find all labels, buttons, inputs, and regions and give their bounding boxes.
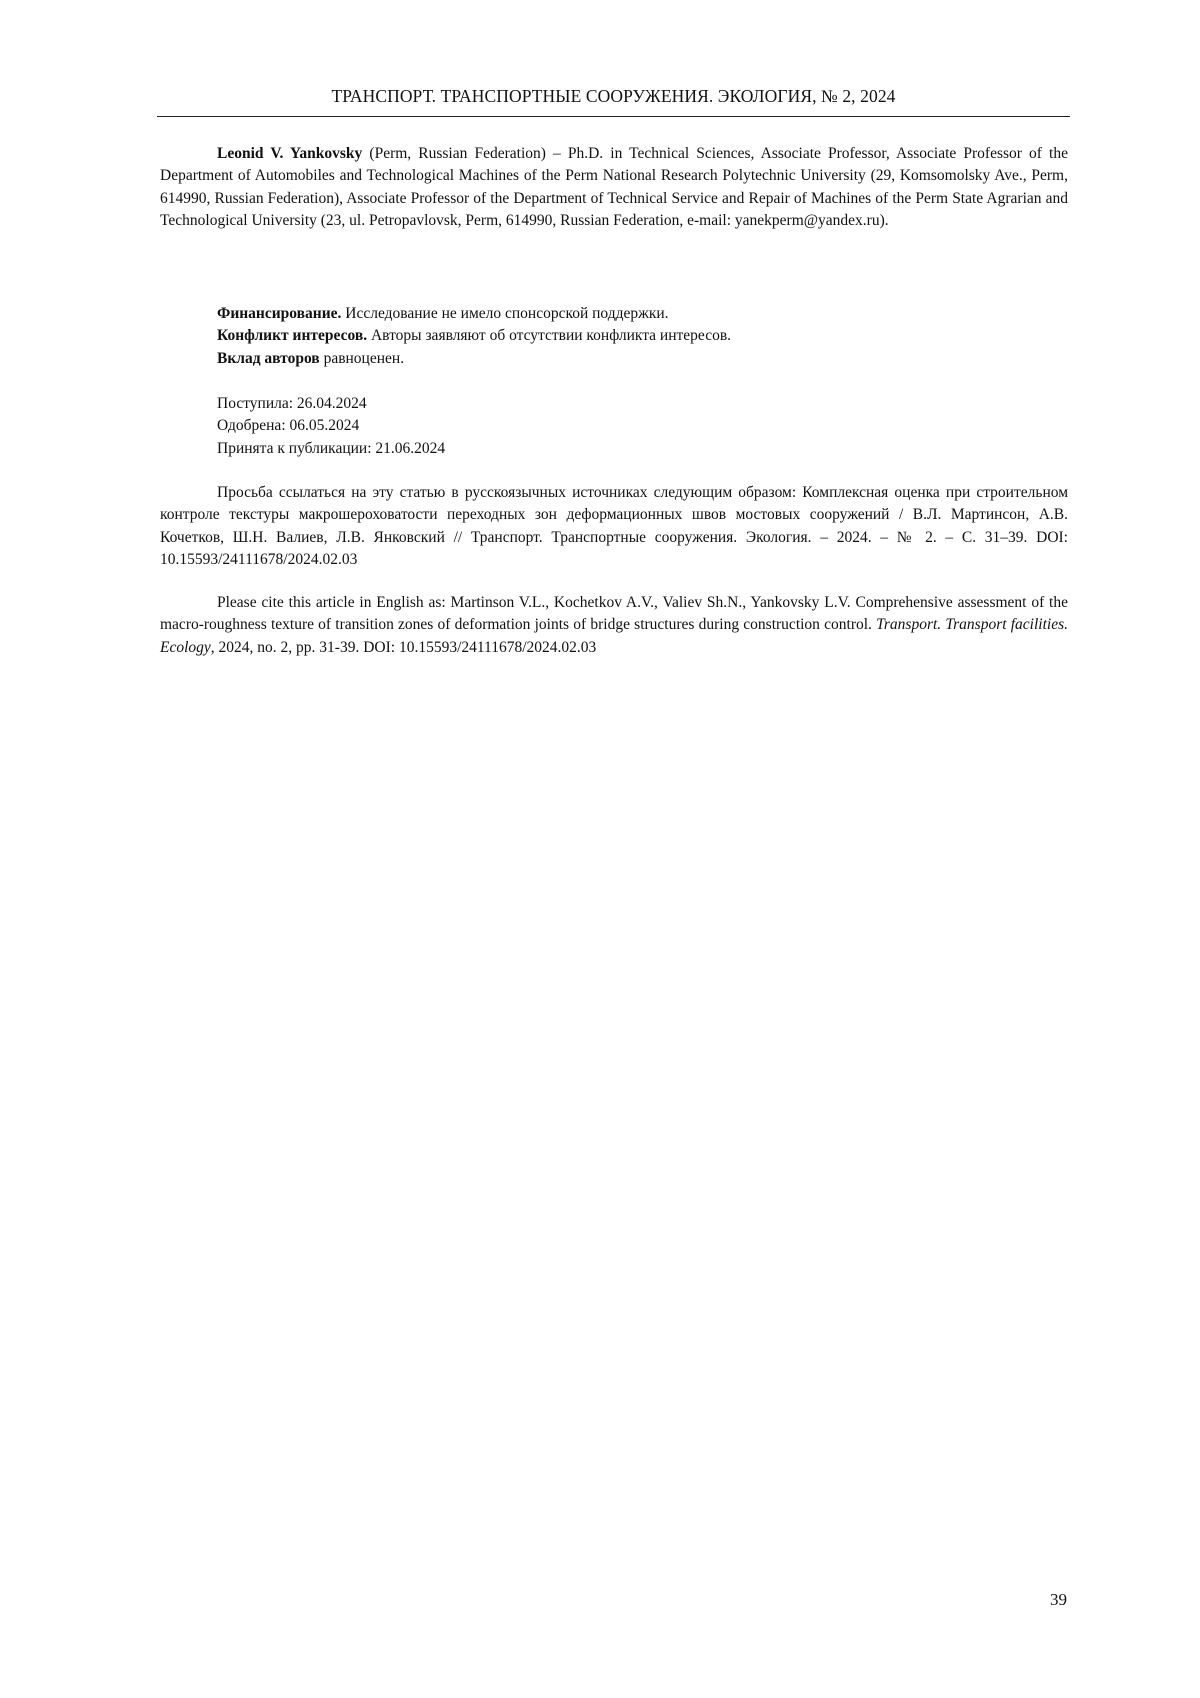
- funding-text: Исследование не имело спонсорской поддер…: [341, 305, 668, 322]
- page-number: 39: [1050, 1590, 1067, 1610]
- citation-english: Please cite this article in English as: …: [160, 592, 1068, 659]
- contribution-label: Вклад авторов: [217, 350, 320, 367]
- article-dates: Поступила: 26.04.2024 Одобрена: 06.05.20…: [217, 393, 1017, 460]
- contribution-statement: Вклад авторов равноценен.: [217, 348, 1017, 370]
- conflict-text: Авторы заявляют об отсутствии конфликта …: [367, 327, 731, 344]
- funding-statement: Финансирование. Исследование не имело сп…: [217, 303, 1017, 325]
- date-approved: Одобрена: 06.05.2024: [217, 415, 1017, 437]
- citation-en-suffix: , 2024, no. 2, pp. 31-39. DOI: 10.15593/…: [211, 639, 596, 656]
- author-bio: Leonid V. Yankovsky (Perm, Russian Feder…: [160, 143, 1068, 232]
- conflict-label: Конфликт интересов.: [217, 327, 367, 344]
- funding-label: Финансирование.: [217, 305, 341, 322]
- header-divider: [157, 116, 1070, 117]
- contribution-text: равноценен.: [320, 350, 404, 367]
- date-accepted: Принята к публикации: 21.06.2024: [217, 438, 1017, 460]
- author-name: Leonid V. Yankovsky: [217, 145, 362, 162]
- date-received: Поступила: 26.04.2024: [217, 393, 1017, 415]
- journal-running-header: ТРАНСПОРТ. ТРАНСПОРТНЫЕ СООРУЖЕНИЯ. ЭКОЛ…: [157, 86, 1070, 107]
- citation-russian: Просьба ссылаться на эту статью в русско…: [160, 482, 1068, 571]
- conflict-statement: Конфликт интересов. Авторы заявляют об о…: [217, 325, 1017, 347]
- declarations: Финансирование. Исследование не имело сп…: [217, 303, 1017, 370]
